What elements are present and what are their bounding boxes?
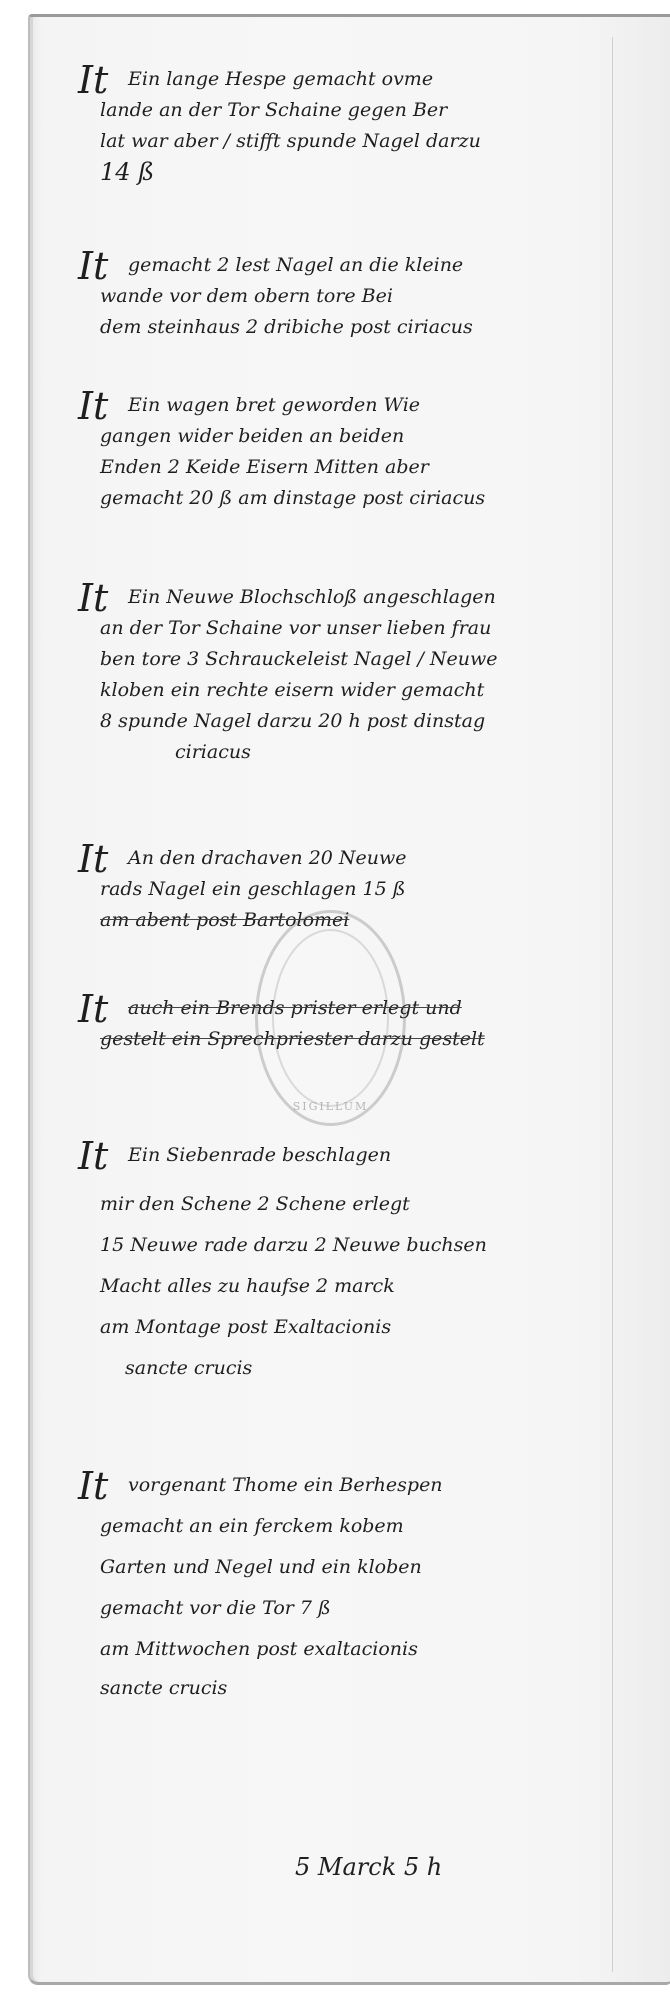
- entry-line: ben tore 3 Schrauckeleist Nagel / Neuwe: [80, 644, 640, 675]
- entry-line: gangen wider beiden an beiden: [80, 421, 640, 452]
- entry-line: gemacht 20 ß am dinstage post ciriacus: [80, 483, 640, 514]
- entry-line: Garten und Negel und ein kloben: [80, 1552, 640, 1583]
- item-marker: It: [78, 1134, 108, 1178]
- entry-line: vorgenant Thome ein Berhespen: [80, 1470, 640, 1501]
- item-marker: It: [78, 576, 108, 620]
- entry-line: wande vor dem obern tore Bei: [80, 281, 640, 312]
- ledger-entry-1: It Ein lange Hespe gemacht ovme lande an…: [80, 64, 640, 188]
- item-marker: It: [78, 837, 108, 881]
- entry-line: dem steinhaus 2 dribiche post ciriacus: [80, 312, 640, 343]
- ledger-entry-3: It Ein wagen bret geworden Wie gangen wi…: [80, 390, 640, 514]
- entry-line: gemacht an ein ferckem kobem: [80, 1511, 640, 1542]
- entry-line: gemacht vor die Tor 7 ß: [80, 1593, 640, 1624]
- entry-line: ciriacus: [80, 737, 640, 768]
- item-marker: It: [78, 384, 108, 428]
- ledger-entry-4: It Ein Neuwe Blochschloß angeschlagen an…: [80, 582, 640, 768]
- ledger-entry-8: It vorgenant Thome ein Berhespen gemacht…: [80, 1470, 640, 1704]
- entry-line: gemacht 2 lest Nagel an die kleine: [80, 250, 640, 281]
- entry-line: Enden 2 Keide Eisern Mitten aber: [80, 452, 640, 483]
- entry-amount: 14 ß: [80, 157, 640, 188]
- entry-line: kloben ein rechte eisern wider gemacht: [80, 675, 640, 706]
- entry-line: Ein Siebenrade beschlagen: [80, 1140, 640, 1171]
- ledger-entry-7: It Ein Siebenrade beschlagen mir den Sch…: [80, 1140, 640, 1384]
- seal-text: SIGILLUM: [258, 1100, 403, 1113]
- entry-line-struck: gestelt ein Sprechpriester darzu gestelt: [80, 1024, 640, 1055]
- ledger-entry-2: It gemacht 2 lest Nagel an die kleine wa…: [80, 250, 640, 343]
- item-marker: It: [78, 987, 108, 1031]
- entry-line: 15 Neuwe rade darzu 2 Neuwe buchsen: [80, 1230, 640, 1261]
- entry-line: An den drachaven 20 Neuwe: [80, 843, 640, 874]
- entry-line: sancte crucis: [80, 1353, 640, 1384]
- entry-line: an der Tor Schaine vor unser lieben frau: [80, 613, 640, 644]
- ledger-entry-6-struck: It auch ein Brends prister erlegt und ge…: [80, 993, 640, 1055]
- entry-line: Ein Neuwe Blochschloß angeschlagen: [80, 582, 640, 613]
- entry-line: Ein wagen bret geworden Wie: [80, 390, 640, 421]
- ledger-entry-5: It An den drachaven 20 Neuwe rads Nagel …: [80, 843, 640, 936]
- item-marker: It: [78, 58, 108, 102]
- entry-line: sancte crucis: [80, 1673, 640, 1704]
- item-marker: It: [78, 244, 108, 288]
- entry-line: 8 spunde Nagel darzu 20 h post dinstag: [80, 706, 640, 737]
- entry-line: Macht alles zu haufse 2 marck: [80, 1271, 640, 1302]
- entry-line: lat war aber / stifft spunde Nagel darzu: [80, 126, 640, 157]
- item-marker: It: [78, 1464, 108, 1508]
- entry-line: am Mittwochen post exaltacionis: [80, 1634, 640, 1665]
- entry-line: am Montage post Exaltacionis: [80, 1312, 640, 1343]
- page-total: 5 Marck 5 h: [295, 1853, 442, 1881]
- entry-line: lande an der Tor Schaine gegen Ber: [80, 95, 640, 126]
- entry-line: Ein lange Hespe gemacht ovme: [80, 64, 640, 95]
- entry-line-struck: am abent post Bartolomei: [80, 905, 640, 936]
- entry-line: rads Nagel ein geschlagen 15 ß: [80, 874, 640, 905]
- entry-line: mir den Schene 2 Schene erlegt: [80, 1189, 640, 1220]
- entry-line-struck: auch ein Brends prister erlegt und: [80, 993, 640, 1024]
